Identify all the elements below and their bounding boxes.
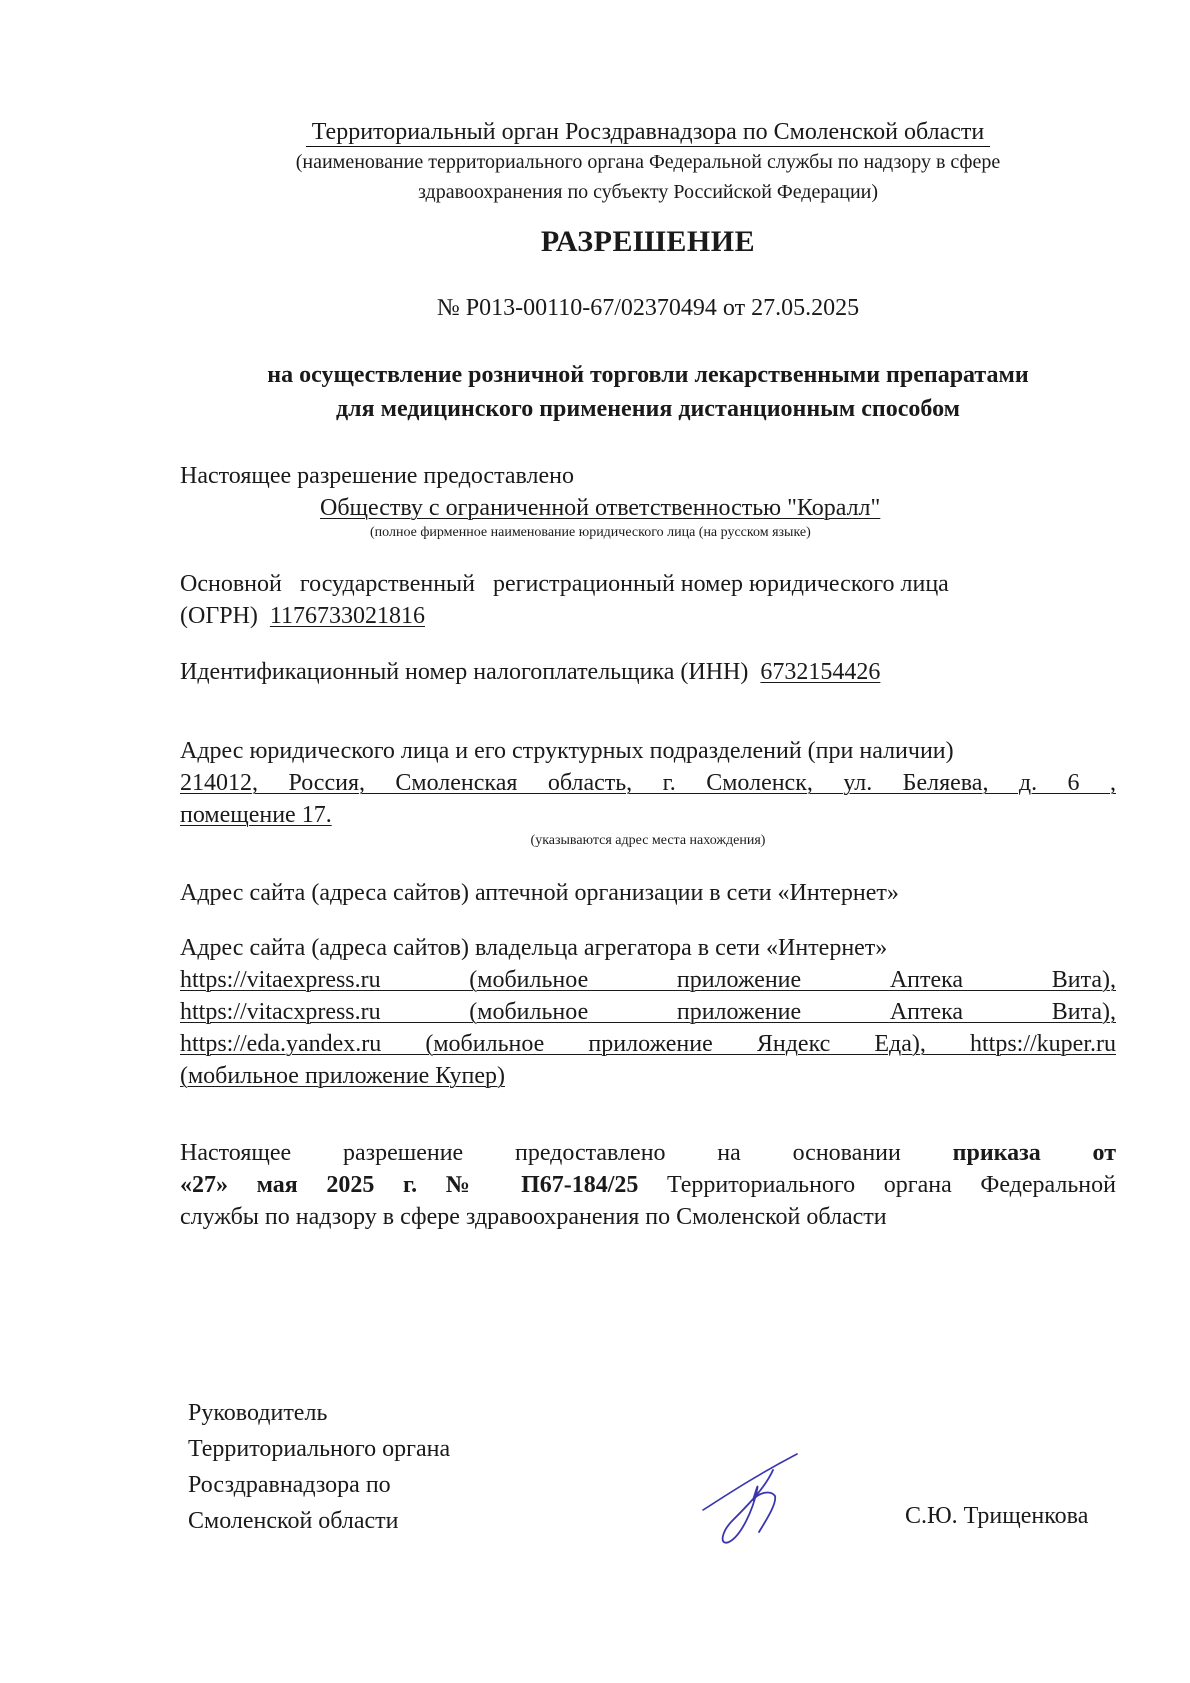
signer-position-line: Руководитель <box>188 1395 450 1431</box>
caption-line-2: здравоохранения по субъекту Российской Ф… <box>180 177 1116 207</box>
address-section: Адрес юридического лица и его структурны… <box>180 735 1116 831</box>
company-name-caption: (полное фирменное наименование юридическ… <box>370 524 811 542</box>
ogrn-row: (ОГРН) 1176733021816 <box>180 600 1116 632</box>
aggregator-section: Адрес сайта (адреса сайтов) владельца аг… <box>180 932 1116 1092</box>
signer-position-line: Территориального органа <box>188 1431 450 1467</box>
aggregator-link-line[interactable]: https://vitaexpress.ru (мобильное прилож… <box>180 964 1116 996</box>
inn-section: Идентификационный номер налогоплательщик… <box>180 656 1116 688</box>
aggregator-link-line[interactable]: https://eda.yandex.ru (мобильное приложе… <box>180 1028 1116 1060</box>
address-line-2: помещение 17. <box>180 799 1116 831</box>
aggregator-link-line[interactable]: https://vitacxpress.ru (мобильное прилож… <box>180 996 1116 1028</box>
signature-icon <box>695 1448 805 1548</box>
signer-name: С.Ю. Трищенкова <box>905 1500 1088 1532</box>
basis-line-2: «27» мая 2025 г. № П67-184/25 Территориа… <box>180 1169 1116 1201</box>
basis-section: Настоящее разрешение предоставлено на ос… <box>180 1137 1116 1233</box>
subject-line-1: на осуществление розничной торговли лека… <box>180 358 1116 392</box>
document-title: РАЗРЕШЕНИЕ <box>180 225 1116 259</box>
inn-label: Идентификационный номер налогоплательщик… <box>180 659 748 685</box>
inn-value: 6732154426 <box>760 659 880 685</box>
issuing-authority: Территориальный орган Росздравнадзора по… <box>180 118 1116 147</box>
aggregator-label: Адрес сайта (адреса сайтов) владельца аг… <box>180 932 1116 964</box>
company-name: Обществу с ограниченной ответственностью… <box>320 492 880 524</box>
subject-line-2: для медицинского применения дистанционны… <box>180 392 1116 426</box>
basis-line-1: Настоящее разрешение предоставлено на ос… <box>180 1137 1116 1169</box>
basis-order-ref: приказа от <box>953 1140 1116 1166</box>
caption-line-1: (наименование территориального органа Фе… <box>180 147 1116 177</box>
issuing-authority-caption: (наименование территориального органа Фе… <box>180 147 1116 207</box>
aggregator-link-line: (мобильное приложение Купер) <box>180 1060 1116 1092</box>
signer-position-line: Росздравнадзора по <box>188 1467 450 1503</box>
granted-label: Настоящее разрешение предоставлено <box>180 460 574 492</box>
ogrn-label: Основной государственный регистрационный… <box>180 568 1116 600</box>
basis-order-number: «27» мая 2025 г. № П67-184/25 <box>180 1172 638 1198</box>
ogrn-prefix: (ОГРН) <box>180 603 258 629</box>
signer-position-line: Смоленской области <box>188 1503 450 1539</box>
issuing-authority-name: Территориальный орган Росздравнадзора по… <box>306 118 990 147</box>
address-label: Адрес юридического лица и его структурны… <box>180 735 1116 767</box>
address-line-1: 214012, Россия, Смоленская область, г. С… <box>180 767 1116 799</box>
document-number: № Р013-00110-67/02370494 от 27.05.2025 <box>180 295 1116 322</box>
ogrn-value: 1176733021816 <box>270 603 425 629</box>
signer-position: Руководитель Территориального органа Рос… <box>188 1395 450 1539</box>
basis-text: Настоящее разрешение предоставлено на ос… <box>180 1140 901 1166</box>
ogrn-section: Основной государственный регистрационный… <box>180 568 1116 632</box>
basis-text: Территориального органа Федеральной <box>667 1172 1116 1198</box>
address-caption: (указываются адрес места нахождения) <box>180 832 1116 850</box>
pharmacy-site-label: Адрес сайта (адреса сайтов) аптечной орг… <box>180 877 1116 909</box>
basis-line-3: службы по надзору в сфере здравоохранени… <box>180 1201 1116 1233</box>
document-subject: на осуществление розничной торговли лека… <box>180 358 1116 426</box>
